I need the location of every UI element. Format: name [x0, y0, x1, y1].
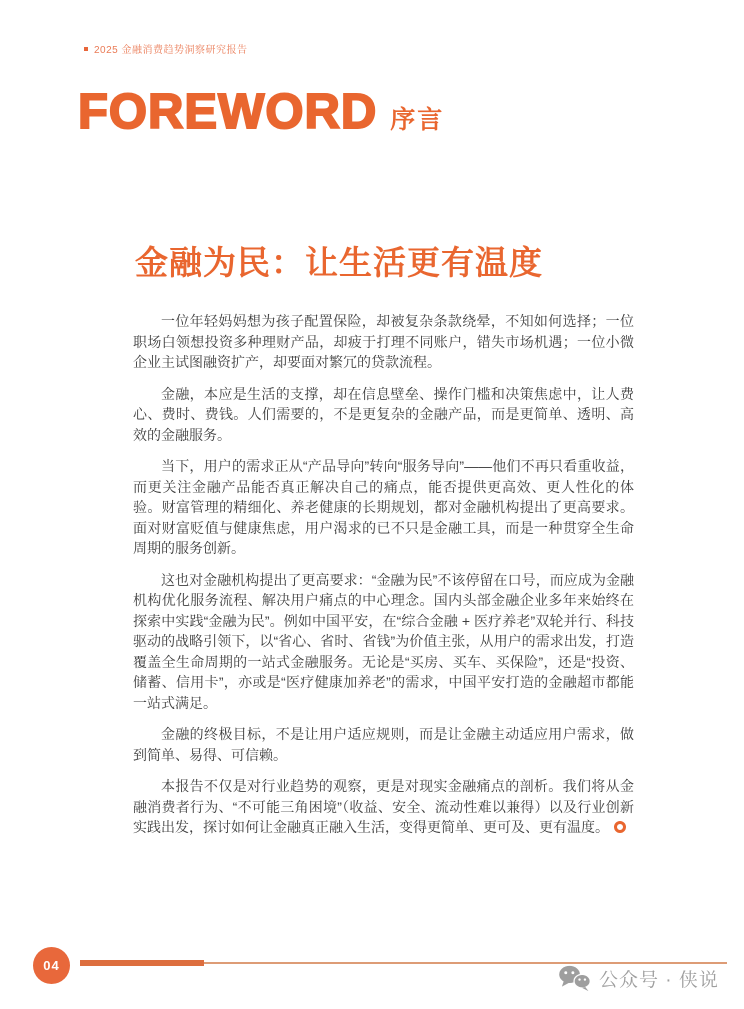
- end-marker-icon: [614, 821, 626, 833]
- footer-thin-line: [204, 962, 727, 964]
- watermark-label: 公众号 · 侠说: [599, 965, 719, 992]
- footer-thick-bar: [80, 960, 204, 966]
- paragraph-2: 金融，本应是生活的支撑，却在信息壁垒、操作门槛和决策焦虑中，让人费心、费时、费钱…: [133, 384, 634, 446]
- wechat-icon: [558, 965, 591, 992]
- foreword-heading-en: FOREWORD: [78, 85, 377, 139]
- paragraph-1: 一位年轻妈妈想为孩子配置保险，却被复杂条款绕晕，不知如何选择；一位职场白领想投资…: [133, 311, 634, 373]
- paragraph-4: 这也对金融机构提出了更高要求：“金融为民”不该停留在口号，而应成为金融机构优化服…: [133, 570, 634, 714]
- paragraph-3: 当下，用户的需求正从“产品导向”转向“服务导向”——他们不再只看重收益，而更关注…: [133, 456, 634, 559]
- paragraph-6-text: 本报告不仅是对行业趋势的观察，更是对现实金融痛点的剖析。我们将从金融消费者行为、…: [133, 778, 634, 835]
- page-number-badge: 04: [33, 947, 70, 984]
- article-title: 金融为民：让生活更有温度: [135, 237, 543, 284]
- foreword-heading: FOREWORD序言: [78, 84, 444, 140]
- report-page: 2025 金融消费趋势洞察研究报告 FOREWORD序言 金融为民：让生活更有温…: [0, 0, 744, 1009]
- paragraph-6: 本报告不仅是对行业趋势的观察，更是对现实金融痛点的剖析。我们将从金融消费者行为、…: [133, 776, 634, 838]
- watermark: 公众号 · 侠说: [558, 965, 719, 992]
- paragraph-5: 金融的终极目标，不是让用户适应规则，而是让金融主动适应用户需求，做到简单、易得、…: [133, 724, 634, 765]
- report-header-title: 2025 金融消费趋势洞察研究报告: [94, 41, 248, 56]
- square-bullet-icon: [84, 47, 88, 51]
- report-header: 2025 金融消费趋势洞察研究报告: [84, 41, 248, 56]
- foreword-heading-zh: 序言: [390, 106, 444, 134]
- article-body: 一位年轻妈妈想为孩子配置保险，却被复杂条款绕晕，不知如何选择；一位职场白领想投资…: [133, 311, 634, 849]
